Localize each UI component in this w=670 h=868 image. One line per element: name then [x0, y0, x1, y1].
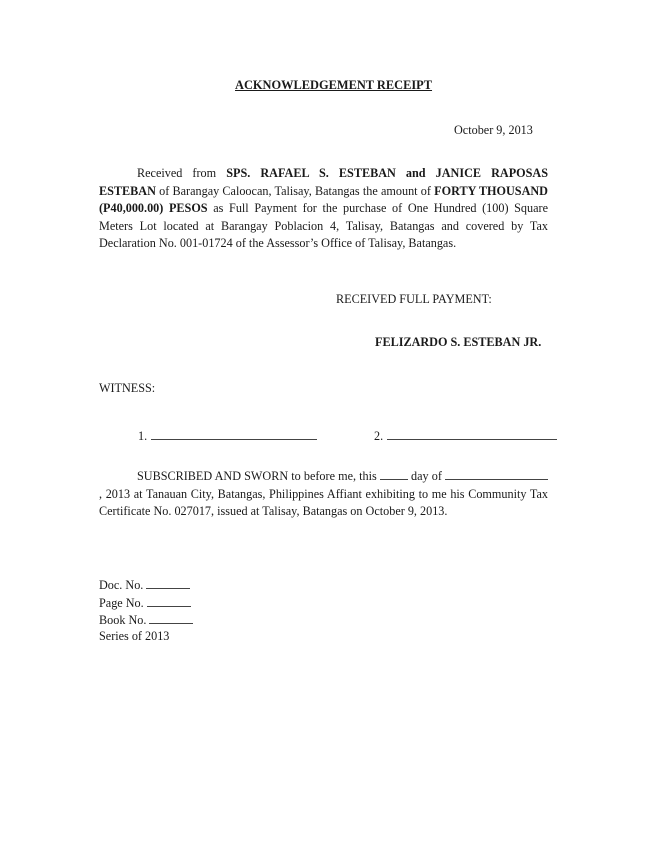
signature-blank: [151, 427, 317, 440]
receipt-paragraph: Received from SPS. RAFAEL S. ESTEBAN and…: [99, 165, 548, 253]
page-no-label: Page No.: [99, 596, 144, 610]
witness-label: WITNESS:: [99, 381, 155, 396]
day-blank: [380, 467, 408, 480]
witness-number: 1.: [138, 429, 147, 443]
jurat-text: SUBSCRIBED AND SWORN to before me, this: [137, 469, 380, 483]
jurat-text: day of: [408, 469, 445, 483]
received-full-payment-label: RECEIVED FULL PAYMENT:: [336, 292, 492, 307]
jurat-paragraph: SUBSCRIBED AND SWORN to before me, this …: [99, 467, 548, 521]
witness-number: 2.: [374, 429, 383, 443]
page-no-blank: [147, 594, 191, 607]
jurat-text: , 2013 at Tanauan City, Batangas, Philip…: [99, 487, 548, 519]
signature-blank: [387, 427, 557, 440]
receipt-text: Received from: [137, 166, 226, 180]
doc-no-label: Doc. No.: [99, 578, 143, 592]
signer-name: FELIZARDO S. ESTEBAN JR.: [375, 335, 541, 350]
book-no-label: Book No.: [99, 613, 146, 627]
document-date: October 9, 2013: [454, 123, 533, 138]
witness-line-1: 1.: [138, 427, 317, 444]
document-title: ACKNOWLEDGEMENT RECEIPT: [235, 78, 432, 93]
series-label: Series of 2013: [99, 629, 193, 645]
doc-no-blank: [146, 576, 190, 589]
witness-line-2: 2.: [374, 427, 557, 444]
book-no-blank: [149, 611, 193, 624]
month-blank: [445, 467, 548, 480]
receipt-text: of Barangay Caloocan, Talisay, Batangas …: [156, 184, 434, 198]
notary-details: Doc. No. Page No. Book No. Series of 201…: [99, 576, 193, 644]
